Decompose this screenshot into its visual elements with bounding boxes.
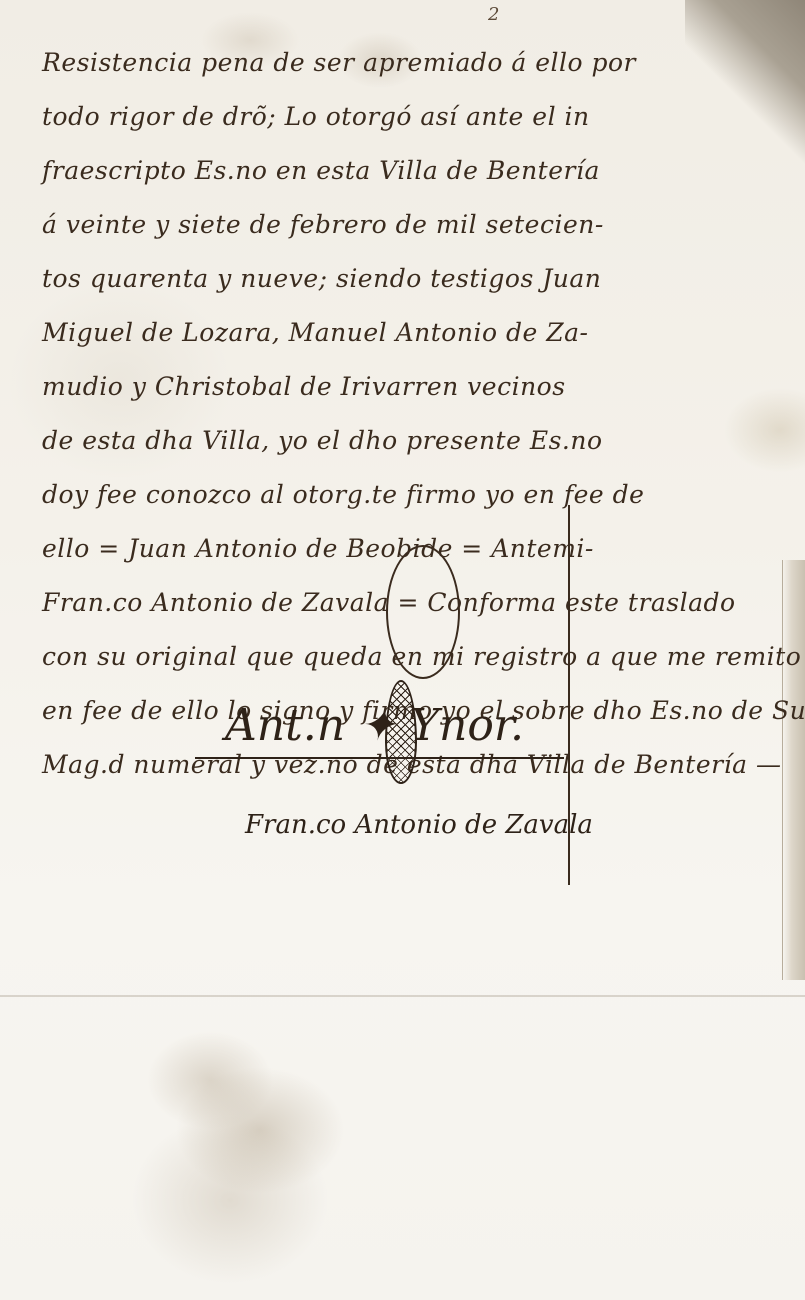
text-line: todo rigor de drõ; Lo otorgó así ante el…	[42, 90, 782, 144]
page-number: 2	[488, 4, 499, 25]
text-line: de esta dha Villa, yo el dho presente Es…	[42, 414, 782, 468]
signature-block: Ant.n ✦ Ynor. Fran.co Antonio de Zavala	[185, 680, 645, 890]
paper-fold-crease	[0, 995, 805, 997]
text-line: doy fee conozco al otorg.te firmo yo en …	[42, 468, 782, 522]
handwritten-text: Resistencia pena de ser apremiado á ello…	[42, 36, 782, 792]
signature-line-2: Fran.co Antonio de Zavala	[245, 810, 593, 840]
notary-rubric-icon	[385, 680, 417, 784]
text-line: Resistencia pena de ser apremiado á ello…	[42, 36, 782, 90]
text-line: fraescripto Es.no en esta Villa de Bente…	[42, 144, 782, 198]
text-line: Miguel de Lozara, Manuel Antonio de Za-	[42, 306, 782, 360]
manuscript-scan: 2 Resistencia pena de ser apremiado á el…	[0, 0, 805, 1300]
flourish-loop	[386, 545, 460, 679]
text-line: tos quarenta y nueve; siendo testigos Ju…	[42, 252, 782, 306]
binding-edge	[782, 560, 805, 980]
text-line: mudio y Christobal de Irivarren vecinos	[42, 360, 782, 414]
signature-line-1: Ant.n ✦ Ynor.	[195, 700, 564, 759]
text-line: á veinte y siete de febrero de mil setec…	[42, 198, 782, 252]
